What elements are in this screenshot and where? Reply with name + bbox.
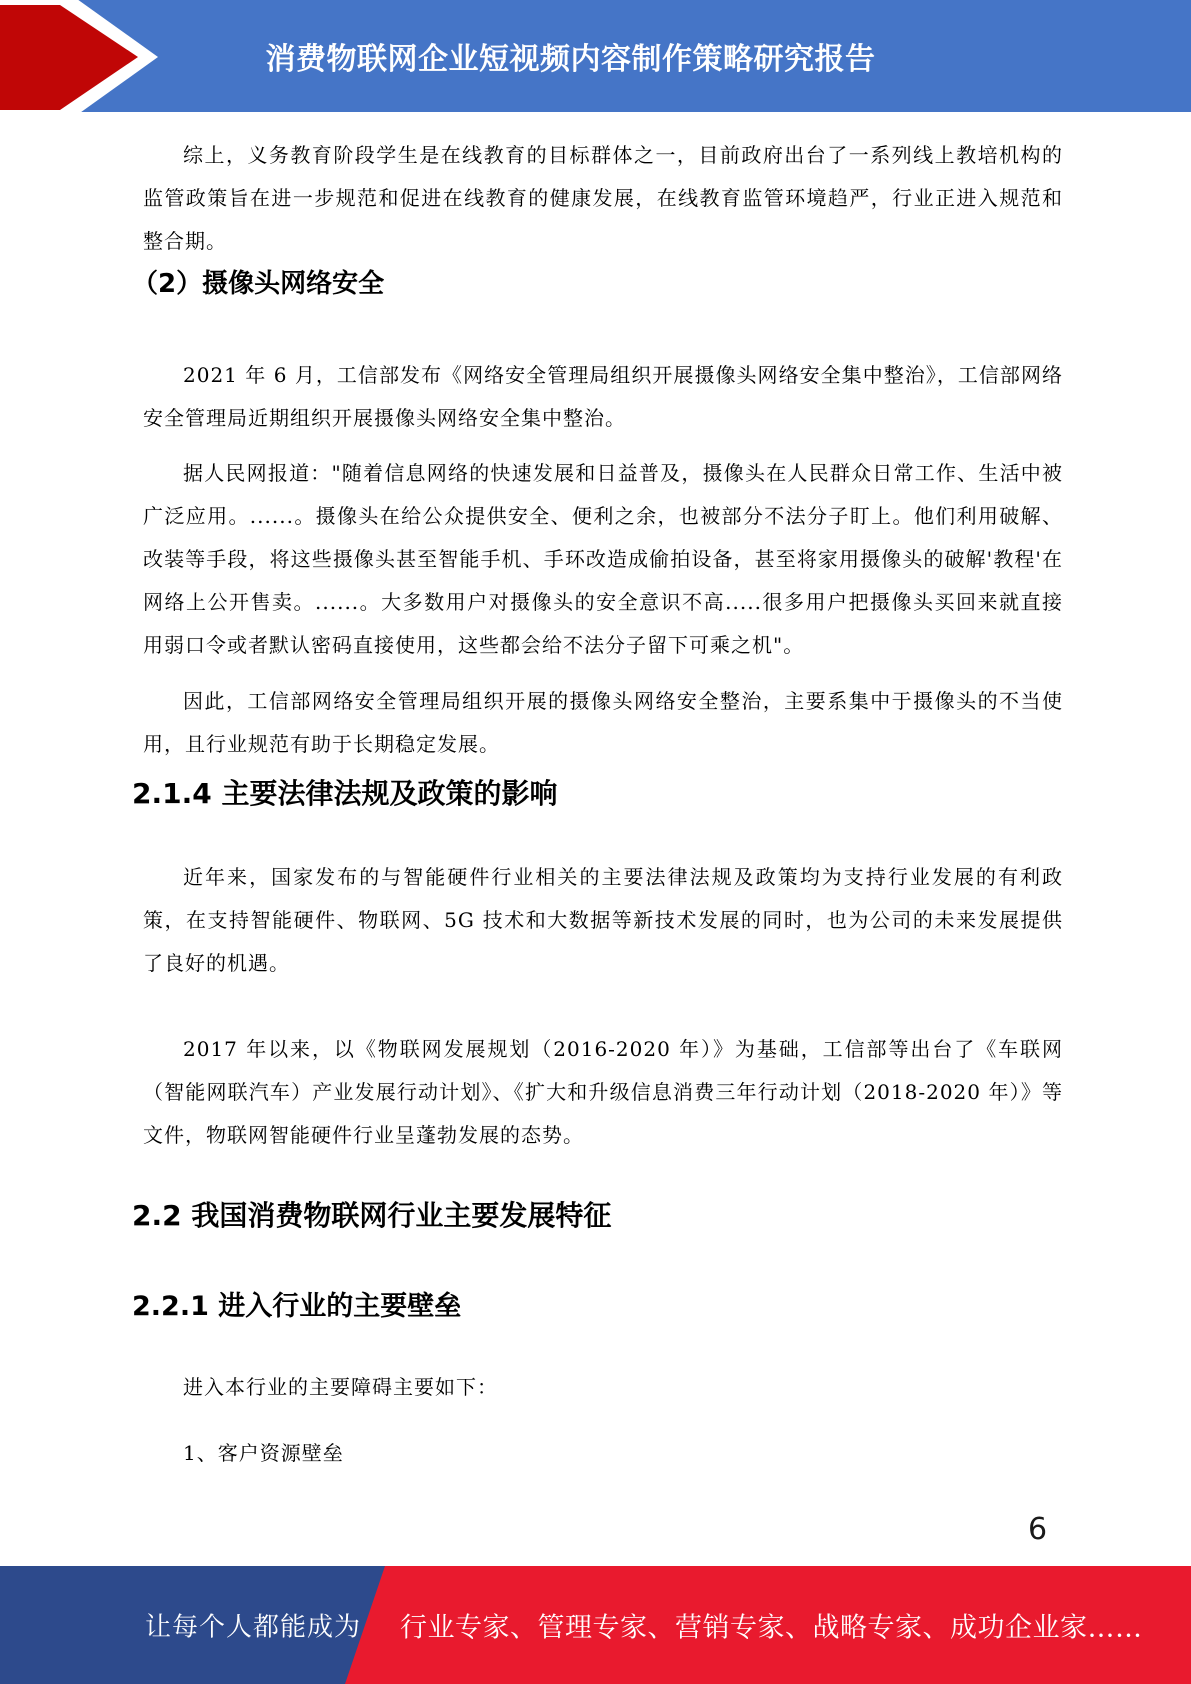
page-number: 6 — [1028, 1512, 1047, 1547]
paragraph-entry-obstacles-intro: 进入本行业的主要障碍主要如下： — [143, 1366, 1063, 1409]
paragraph-rectification-conclusion: 因此，工信部网络安全管理局组织开展的摄像头网络安全整治，主要系集中于摄像头的不当… — [143, 680, 1063, 766]
heading-2-2-development-characteristics: 2.2 我国消费物联网行业主要发展特征 — [132, 1198, 1072, 1233]
header-banner: 消费物联网企业短视频内容制作策略研究报告 — [0, 0, 1191, 112]
paragraph-customer-resource-barrier: 1、客户资源壁垒 — [143, 1432, 1063, 1475]
heading-camera-network-security: （2）摄像头网络安全 — [132, 268, 1072, 301]
paragraph-peoples-daily-report: 据人民网报道："随着信息网络的快速发展和日益普及，摄像头在人民群众日常工作、生活… — [143, 452, 1063, 667]
heading-2-1-4-laws-policies-impact: 2.1.4 主要法律法规及政策的影响 — [132, 776, 1072, 811]
footer-slogan-right: 行业专家、管理专家、营销专家、战略专家、成功企业家…… — [400, 1606, 1143, 1645]
paragraph-iot-plans-since-2017: 2017 年以来，以《物联网发展规划（2016-2020 年）》为基础，工信部等… — [143, 1028, 1063, 1157]
footer-slogan-left: 让每个人都能成为 — [145, 1607, 361, 1644]
heading-2-2-1-entry-barriers: 2.2.1 进入行业的主要壁垒 — [132, 1290, 1072, 1324]
report-page: 消费物联网企业短视频内容制作策略研究报告 综上，义务教育阶段学生是在线教育的目标… — [0, 0, 1191, 1684]
paragraph-online-education-summary: 综上，义务教育阶段学生是在线教育的目标群体之一，目前政府出台了一系列线上教培机构… — [143, 134, 1063, 263]
paragraph-favorable-policies: 近年来，国家发布的与智能硬件行业相关的主要法律法规及政策均为支持行业发展的有利政… — [143, 856, 1063, 985]
report-title: 消费物联网企业短视频内容制作策略研究报告 — [0, 0, 1191, 112]
footer-banner: 让每个人都能成为 行业专家、管理专家、营销专家、战略专家、成功企业家…… — [0, 1566, 1191, 1684]
paragraph-miit-announcement: 2021 年 6 月，工信部发布《网络安全管理局组织开展摄像头网络安全集中整治》… — [143, 354, 1063, 440]
